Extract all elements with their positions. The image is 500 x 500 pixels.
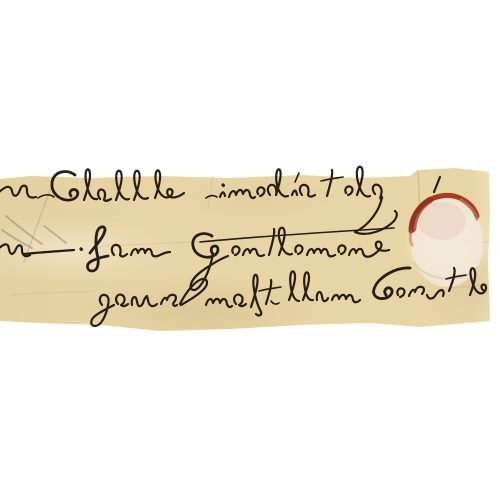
- smudge-marks: [2, 216, 66, 248]
- word-be: [155, 170, 184, 198]
- word-hum: [289, 271, 360, 302]
- word-most: [206, 275, 281, 316]
- ink-and-seal-layer: [0, 0, 500, 500]
- wax-seal: [410, 195, 483, 287]
- word-i-am: [88, 227, 170, 271]
- word-partial-1: [0, 186, 36, 198]
- word-shall: [38, 169, 148, 200]
- handwriting-line-1: [0, 167, 440, 234]
- word-gentlemen: [191, 228, 394, 290]
- apostrophe-mark: [434, 177, 440, 192]
- crossbar-flourish: [200, 228, 394, 242]
- word-imediately: [206, 167, 382, 199]
- dash-stroke: [24, 250, 74, 254]
- letter-photo: … Shall be imediately — . I am Gentlemen…: [0, 0, 500, 500]
